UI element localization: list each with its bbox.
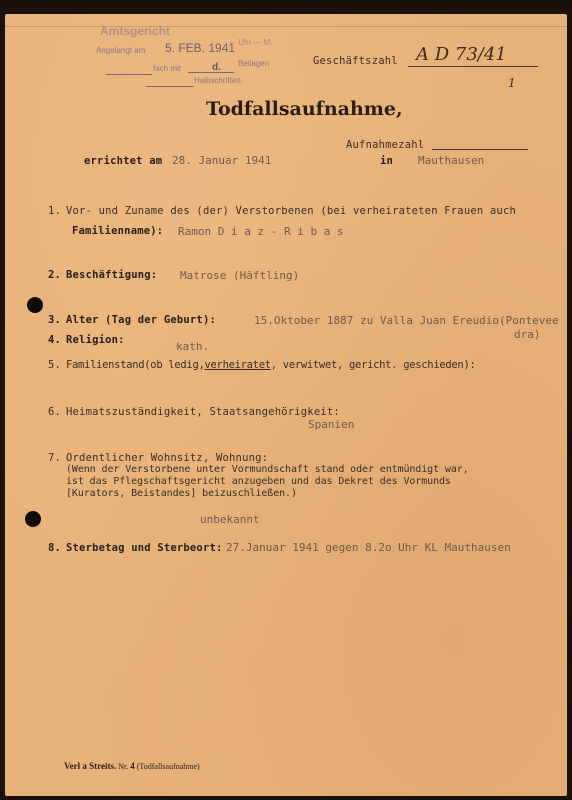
established-date: 28. Januar 1941 [172,154,271,167]
file-number-line [408,66,538,67]
field-6-number: 6. [48,406,61,418]
footer-form-name: (Todfallsaufnahme) [137,762,200,771]
field-1-label-2: Familienname): [72,225,163,237]
record-number-label: Aufnahmezahl [346,139,424,151]
form-footer: Verl a Streits. Nr. 4 (Todfallsaufnahme) [64,761,200,771]
paper-fold [5,26,567,27]
field-1-label: Vor- und Zuname des (der) Verstorbenen (… [66,205,516,217]
field-5-label: Familienstand(ob ledig,verheiratet, verw… [66,359,475,371]
field-1-number: 1. [48,205,61,217]
field-2-value: Matrose (Häftling) [180,269,299,282]
punch-hole-bottom [25,511,41,527]
field-7-label: Ordentlicher Wohnsitz, Wohnung: [66,452,268,464]
field-6-label: Heimatszuständigkeit, Staatsangehörigkei… [66,406,340,418]
field-7-note-line-1: (Wenn der Verstorbene unter Vormundschaf… [66,464,469,475]
stamp-copies-label: fach mit [153,64,181,73]
field-3-value: 15.Oktober 1887 zu Valla Juan Ereudio(Po… [254,314,559,327]
file-number-value: A D 73/41 [416,44,507,65]
field-7-note-line-3: [Kurators, Beistandes] beizuschließen.) [66,488,297,499]
stamp-line [146,86,194,87]
field-2-label: Beschäftigung: [66,269,157,281]
footer-form-no-label: Nr. [118,762,128,771]
punch-hole-top [27,297,43,313]
stamp-line [106,74,152,75]
stamp-date: 5. FEB. 1941 [165,41,235,55]
field-8-value: 27.Januar 1941 gegen 8.2o Uhr KL Mauthau… [226,541,511,554]
field-6-value: Spanien [308,418,354,431]
stamp-header: Amtsgericht [100,24,170,38]
established-in-label: in [380,155,393,167]
field-8-label: Sterbetag und Sterbeort: [66,542,223,554]
field-5-selected-option: verheiratet [205,359,271,371]
document-page [5,14,567,796]
field-4-value: kath. [176,340,209,353]
field-3-value-2: dra) [514,328,541,341]
stamp-enclosures-label: Beilagen [238,59,269,68]
footer-form-no: 4 [130,761,135,771]
field-5-label-prefix: Familienstand(ob ledig, [66,359,205,371]
field-1-value: Ramon D i a z - R i b a s [178,225,344,238]
record-number-line [432,149,528,150]
stamp-copies-suffix: Halbschriften. [194,76,243,85]
field-3-label: Alter (Tag der Geburt): [66,314,216,326]
field-5-number: 5. [48,359,61,371]
field-5-label-suffix: , verwitwet, gericht. geschieden): [271,359,476,371]
stamp-line [188,72,234,73]
established-label: errichtet am [84,155,162,167]
file-number-subnote: 1 [508,76,516,90]
file-number-label: Geschäftszahl [313,55,398,67]
field-3-number: 3. [48,314,61,326]
field-4-number: 4. [48,334,61,346]
field-8-number: 8. [48,542,61,554]
stamp-enclosures-value: d. [212,62,221,73]
field-7-number: 7. [48,452,61,464]
document-title: Todfallsaufnahme, [206,98,403,120]
stamp-time: — Uhr — M. [228,38,272,47]
field-7-value: unbekannt [200,513,260,526]
established-place: Mauthausen [418,154,484,167]
field-7-note-line-2: ist das Pflegschaftsgericht anzugeben un… [66,476,451,487]
field-2-number: 2. [48,269,61,281]
footer-publisher: Verl a Streits. [64,761,116,771]
stamp-received-label: Angelangt am [96,46,145,55]
scan-background [5,0,305,14]
field-4-label: Religion: [66,334,125,346]
